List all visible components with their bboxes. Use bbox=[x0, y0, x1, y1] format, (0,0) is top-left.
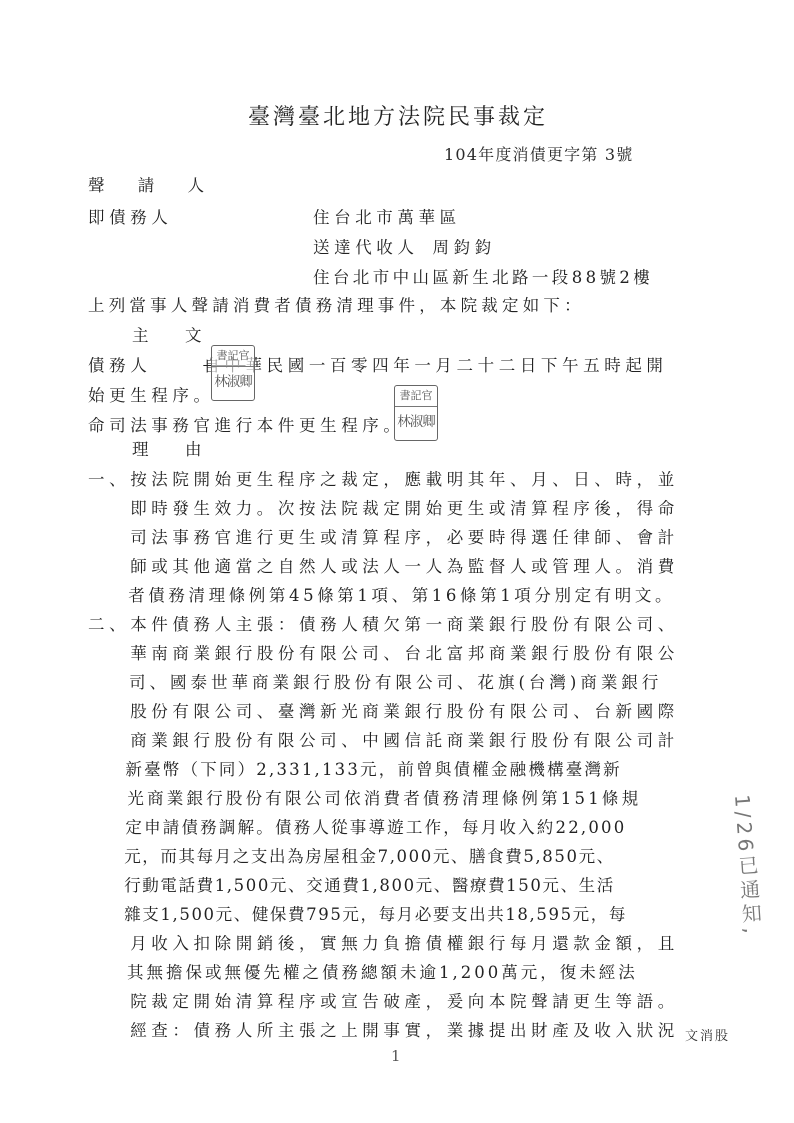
ruling-date-text: 華民國一百零四年一月二十二日下午五時起開 bbox=[246, 356, 668, 375]
seal-title: 書記官 bbox=[212, 346, 254, 367]
reasons-line: 者債務清理條例第45條第1項、第16條第1項分別定有明文。 bbox=[88, 582, 675, 606]
reasons-line: 光商業銀行股份有限公司依消費者債務清理條例第151條規 bbox=[88, 785, 641, 809]
agent-address: 住台北市中山區新生北路一段88號2樓 bbox=[313, 264, 653, 288]
handwritten-annotation: 1/26已通知, bbox=[707, 793, 767, 939]
reasons-line: 月收入扣除開銷後，實無力負擔債權銀行每月還款金額，且 bbox=[88, 930, 679, 954]
main-text-line-1: 債務人自中華民國一百零四年一月二十二日下午五時起開 bbox=[88, 352, 668, 376]
seal-name: 林淑卿 bbox=[395, 407, 437, 437]
reasons-line: 華南商業銀行股份有限公司、台北富邦商業銀行股份有限公 bbox=[88, 640, 679, 664]
page-number: 1 bbox=[391, 1047, 401, 1065]
reasons-line: 定申請債務調解。債務人從事導遊工作，每月收入約22,000 bbox=[88, 814, 626, 838]
seal-title: 書記官 bbox=[395, 386, 437, 407]
reasons-line: 院裁定開始清算程序或宣告破產，爰向本院聲請更生等語。 bbox=[88, 988, 679, 1012]
service-agent: 送達代收人周鈞鈞 bbox=[313, 234, 496, 258]
reasons-line: 其無擔保或無優先權之債務總額未逾1,200萬元，復未經法 bbox=[88, 959, 638, 983]
reasons-heading: 理 由 bbox=[132, 436, 212, 460]
main-text-heading: 主 文 bbox=[132, 322, 212, 346]
reasons-line: 雜支1,500元、健保費795元，每月必要支出共18,595元，每 bbox=[88, 901, 627, 925]
debtor-word: 債務人 bbox=[88, 356, 151, 375]
agent-name: 周鈞鈞 bbox=[433, 238, 496, 257]
department-label: 文消股 bbox=[685, 1025, 730, 1044]
intro-sentence: 上列當事人聲請消費者債務清理事件，本院裁定如下： bbox=[88, 292, 585, 316]
reasons-line: 新臺幣（下同）2,331,133元，前曾與債權金融機構臺灣新 bbox=[88, 756, 622, 780]
reasons-line: 司、國泰世華商業銀行股份有限公司、花旗(台灣)商業銀行 bbox=[88, 669, 662, 693]
reasons-line: 行動電話費1,500元、交通費1,800元、醫療費150元、生活 bbox=[88, 872, 615, 896]
debtor-label: 即債務人 bbox=[88, 204, 172, 228]
petitioner-label: 聲 請 人 bbox=[88, 172, 218, 196]
agent-label: 送達代收人 bbox=[313, 238, 419, 257]
reasons-line: 經查：債務人所主張之上開事實，業據提出財產及收入狀況 bbox=[88, 1017, 679, 1041]
reasons-line: 股份有限公司、臺灣新光商業銀行股份有限公司、台新國際 bbox=[88, 698, 679, 722]
reasons-line: 一、按法院開始更生程序之裁定，應載明其年、月、日、時，並 bbox=[88, 466, 679, 490]
reasons-line: 元，而其每月之支出為房屋租金7,000元、膳食費5,850元、 bbox=[88, 843, 615, 867]
main-text-line-3: 命司法事務官進行本件更生程序。 bbox=[88, 412, 405, 436]
case-number: 104年度消債更字第 3號 bbox=[444, 142, 633, 165]
document-title: 臺灣臺北地方法院民事裁定 bbox=[248, 100, 548, 131]
reasons-line: 商業銀行股份有限公司、中國信託商業銀行股份有限公司計 bbox=[88, 727, 679, 751]
clerk-seal-stamp: 書記官 林淑卿 bbox=[394, 385, 438, 441]
debtor-address: 住台北市萬華區 bbox=[313, 204, 461, 228]
clerk-seal-stamp: 書記官 林淑卿 bbox=[211, 345, 255, 401]
seal-name: 林淑卿 bbox=[212, 367, 254, 397]
reasons-line: 二、本件債務人主張：債務人積欠第一商業銀行股份有限公司、 bbox=[88, 611, 679, 635]
reasons-line: 司法事務官進行更生或清算程序，必要時得選任律師、會計 bbox=[88, 524, 679, 548]
main-text-line-2: 始更生程序。 bbox=[88, 382, 215, 406]
reasons-line: 即時發生效力。次按法院裁定開始更生或清算程序後，得命 bbox=[88, 495, 679, 519]
reasons-line: 師或其他適當之自然人或法人一人為監督人或管理人。消費 bbox=[88, 553, 679, 577]
